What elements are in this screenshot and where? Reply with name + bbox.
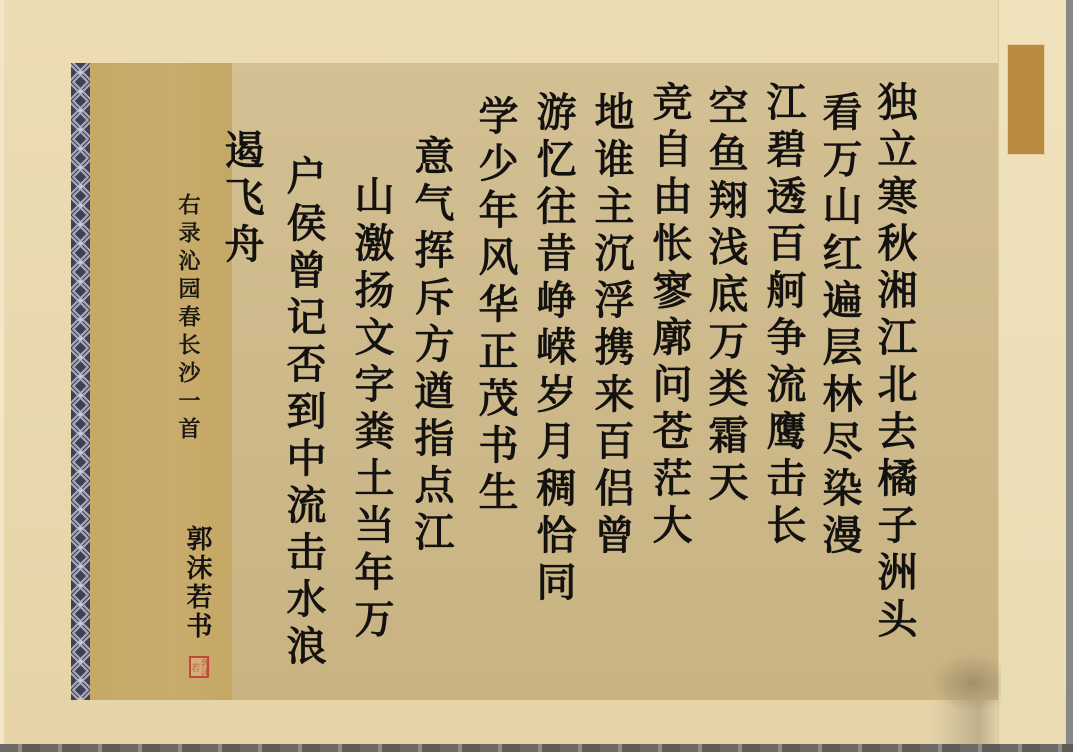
poem-column-2: 看万山红遍层林尽染漫	[819, 91, 859, 561]
mount-shadow	[930, 700, 1000, 744]
poem-column-6: 地谁主沉浮携来百侣曾	[591, 91, 631, 561]
red-seal-stamp: 郭沫若	[189, 656, 209, 678]
scroll-bottom-edge	[0, 744, 1073, 752]
poem-column-1: 独立寒秋湘江北去橘子洲头	[874, 81, 914, 645]
inscription: 右录沁园春长沙一首	[173, 193, 204, 445]
poem-column-7: 游忆往昔峥嵘岁月稠恰同	[533, 91, 573, 608]
poem-column-11: 户侯曾记否到中流击水浪	[283, 155, 323, 672]
mount-edge	[0, 0, 4, 746]
brocade-border	[71, 63, 90, 700]
poem-column-3: 江碧透百舸争流鹰击长	[763, 81, 803, 551]
poem-column-4: 空鱼翔浅底万类霜天	[705, 85, 745, 508]
poem-column-5: 竞自由怅寥廓问苍茫大	[649, 81, 689, 551]
title-label-slip	[1007, 44, 1045, 155]
signature: 郭沫若书	[179, 525, 216, 641]
calligraphy-artwork: 独立寒秋湘江北去橘子洲头 看万山红遍层林尽染漫 江碧透百舸争流鹰击长 空鱼翔浅底…	[71, 63, 998, 700]
poem-column-9: 意气挥斥方遒指点江	[411, 135, 451, 558]
poem-column-10: 山激扬文字粪土当年万	[351, 175, 391, 645]
poem-column-8: 学少年风华正茂书生	[475, 95, 515, 518]
poem-column-12: 遏飞舟	[221, 129, 261, 270]
background-strip	[1066, 0, 1073, 752]
